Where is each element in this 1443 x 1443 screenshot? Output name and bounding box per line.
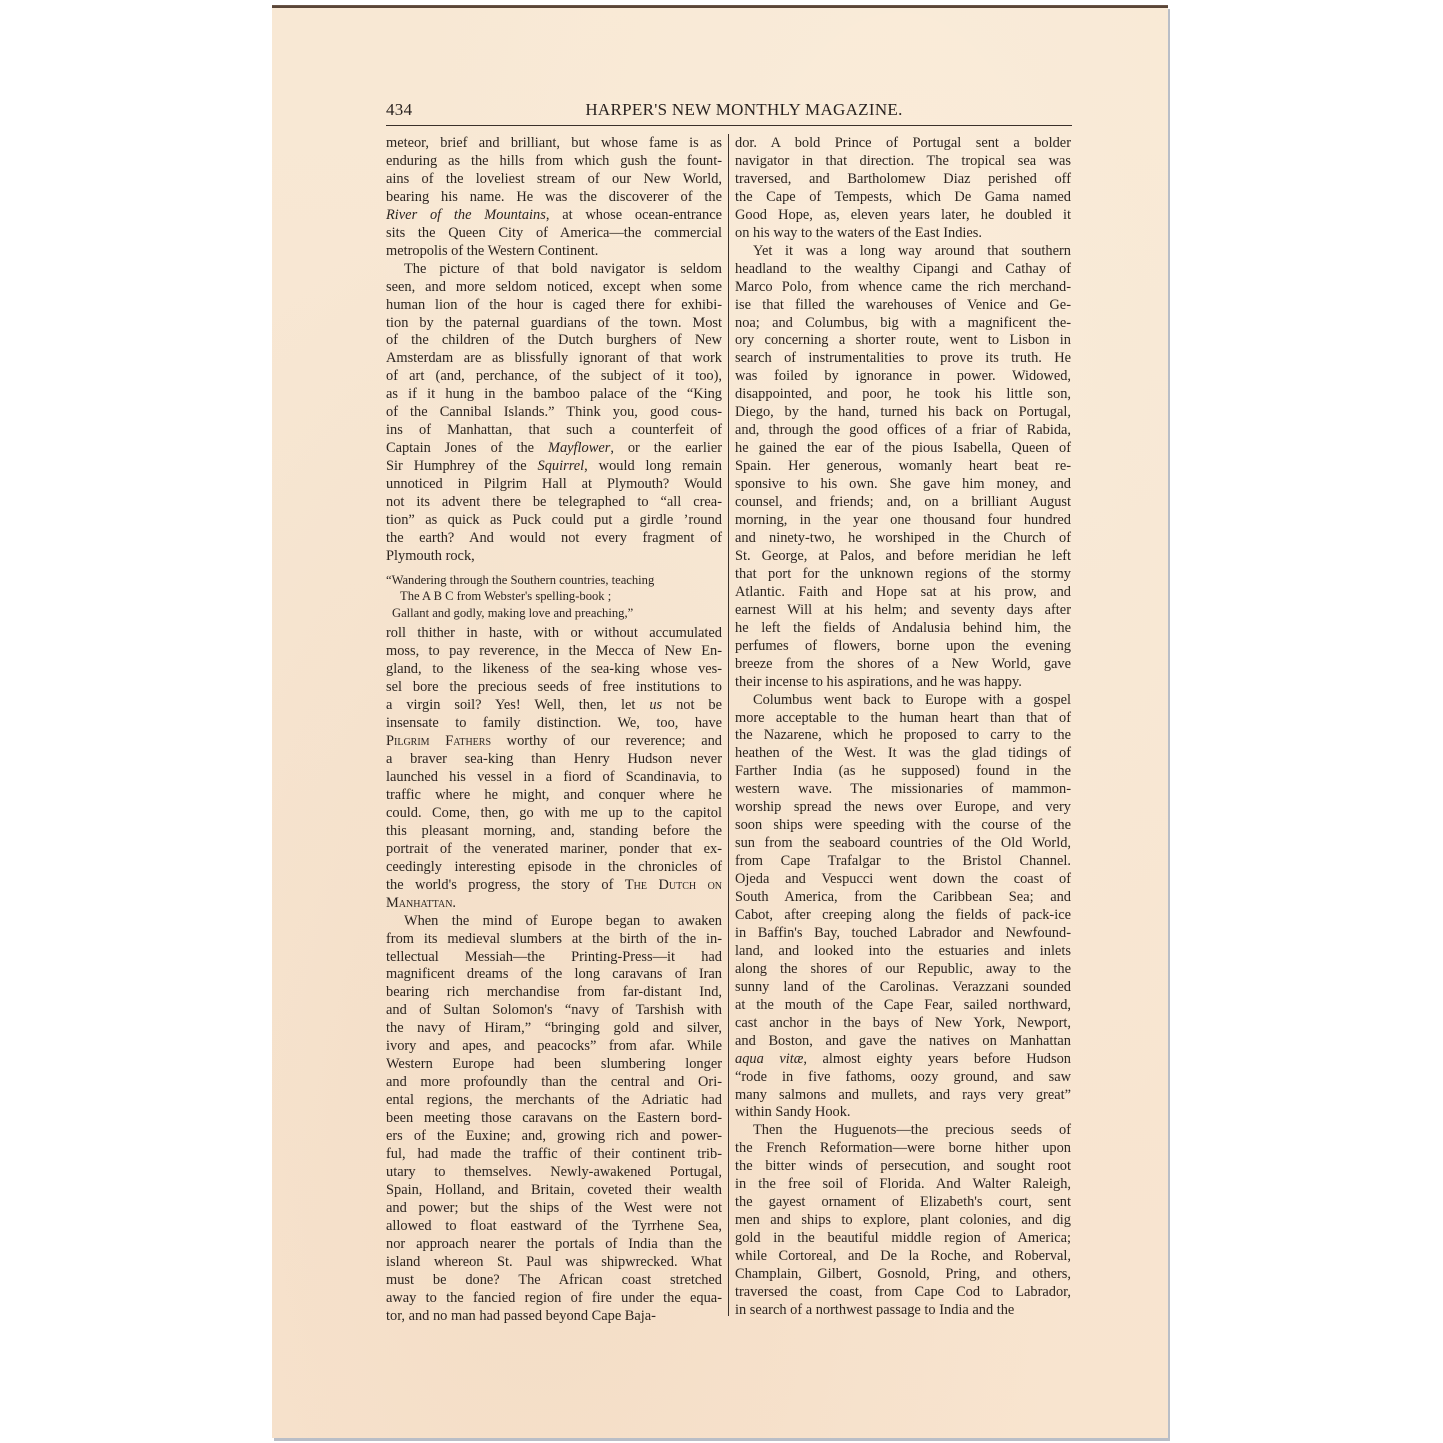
text-line: of the Cannibal Islands.” Think you, goo… — [386, 404, 722, 422]
text-line: meteor, brief and brilliant, but whose f… — [386, 135, 722, 153]
text-line: utary to themselves. Newly-awakened Port… — [386, 1164, 722, 1182]
paragraph: Then the Huguenots—the precious seeds of… — [735, 1122, 1071, 1319]
text-line: from its medieval slumbers at the birth … — [386, 931, 722, 949]
right-column: dor. A bold Prince of Portugal sent a bo… — [735, 135, 1071, 1320]
text-line: Amsterdam are as blissfully ignorant of … — [386, 350, 722, 368]
text-line: tion by the paternal guardians of the to… — [386, 315, 722, 333]
text-line: in search of a northwest passage to Indi… — [735, 1302, 1071, 1320]
text-line: tion” as quick as Puck could put a girdl… — [386, 512, 722, 530]
text-line: could. Come, then, go with me up to the … — [386, 805, 722, 823]
text-line: ory concerning a shorter route, went to … — [735, 332, 1071, 350]
text-line: Champlain, Gilbert, Gosnold, Pring, and … — [735, 1266, 1071, 1284]
paragraph: roll thither in haste, with or without a… — [386, 625, 722, 912]
text-line: enduring as the hills from which gush th… — [386, 153, 722, 171]
text-line: nor approach nearer the portals of India… — [386, 1236, 722, 1254]
verse-line: “Wandering through the Southern countrie… — [386, 572, 722, 589]
text-line: ers of the Euxine; and, growing rich and… — [386, 1128, 722, 1146]
text-line: Columbus went back to Europe with a gosp… — [735, 692, 1071, 710]
text-line: ceedingly interesting episode in the chr… — [386, 859, 722, 877]
text-line: at the mouth of the Cape Fear, sailed no… — [735, 997, 1071, 1015]
text-line: gold in the beautiful middle region of A… — [735, 1230, 1071, 1248]
paragraph: meteor, brief and brilliant, but whose f… — [386, 135, 722, 261]
text-line: counsel, and friends; and, on a brillian… — [735, 494, 1071, 512]
text-line: River of the Mountains, at whose ocean-e… — [386, 207, 722, 225]
text-line: St. George, at Palos, and before meridia… — [735, 548, 1071, 566]
text-line: soon ships were speeding with the course… — [735, 817, 1071, 835]
text-line: he gained the ear of the pious Isabella,… — [735, 440, 1071, 458]
text-line: Diego, by the hand, turned his back on P… — [735, 404, 1071, 422]
text-line: headland to the wealthy Cipangi and Cath… — [735, 261, 1071, 279]
text-line: their incense to his aspirations, and he… — [735, 674, 1071, 692]
text-line: more acceptable to the human heart than … — [735, 710, 1071, 728]
text-line: the gayest ornament of Elizabeth's court… — [735, 1194, 1071, 1212]
text-line: and Boston, and gave the natives on Manh… — [735, 1033, 1071, 1051]
text-line: sun from the seaboard countries of the O… — [735, 835, 1071, 853]
text-line: traffic where he might, and conquer wher… — [386, 787, 722, 805]
text-line: not its advent there be telegraphed to “… — [386, 494, 722, 512]
text-line: Pilgrim Fathers worthy of our reverence;… — [386, 733, 722, 751]
text-line: sunny land of the Carolinas. Verazzani s… — [735, 979, 1071, 997]
text-line: ful, had made the traffic of their conti… — [386, 1146, 722, 1164]
text-line: been meeting those caravans on the Easte… — [386, 1110, 722, 1128]
text-line: bearing his name. He was the discoverer … — [386, 189, 722, 207]
verse-line: The A B C from Webster's spelling-book ; — [386, 588, 722, 605]
text-line: and, through the good offices of a friar… — [735, 422, 1071, 440]
text-line: dor. A bold Prince of Portugal sent a bo… — [735, 135, 1071, 153]
text-line: Captain Jones of the Mayflower, or the e… — [386, 440, 722, 458]
text-line: Good Hope, as, eleven years later, he do… — [735, 207, 1071, 225]
text-line: as if it hung in the bamboo palace of th… — [386, 386, 722, 404]
text-line: noa; and Columbus, big with a magnificen… — [735, 315, 1071, 333]
text-line: a braver sea-king than Henry Hudson neve… — [386, 751, 722, 769]
text-line: earnest Will at his helm; and seventy da… — [735, 602, 1071, 620]
paragraph: The picture of that bold navigator is se… — [386, 261, 722, 566]
text-line: and of Sultan Solomon's “navy of Tarshis… — [386, 1002, 722, 1020]
text-line: Ojeda and Vespucci went down the coast o… — [735, 871, 1071, 889]
text-line: sponsive to his own. She gave him money,… — [735, 476, 1071, 494]
text-line: ivory and apes, and peacocks” from afar.… — [386, 1038, 722, 1056]
column-divider — [728, 134, 729, 1316]
text-line: launched his vessel in a fiord of Scandi… — [386, 769, 722, 787]
text-line: and power; but the ships of the West wer… — [386, 1200, 722, 1218]
text-line: many salmons and mullets, and rays very … — [735, 1087, 1071, 1105]
text-line: bearing rich merchandise from far-distan… — [386, 984, 722, 1002]
text-line: of the children of the Dutch burghers of… — [386, 332, 722, 350]
text-line: Yet it was a long way around that southe… — [735, 243, 1071, 261]
text-line: sits the Queen City of America—the comme… — [386, 225, 722, 243]
text-line: the navy of Hiram,” “bringing gold and s… — [386, 1020, 722, 1038]
text-line: in Baffin's Bay, touched Labrador and Ne… — [735, 925, 1071, 943]
text-line: of art (and, perchance, of the subject o… — [386, 368, 722, 386]
text-line: moss, to pay reverence, in the Mecca of … — [386, 643, 722, 661]
header-rule — [386, 125, 1072, 126]
text-line: was foiled by ignorance in power. Widowe… — [735, 368, 1071, 386]
text-line: cast anchor in the bays of New York, New… — [735, 1015, 1071, 1033]
text-line: navigator in that direction. The tropica… — [735, 153, 1071, 171]
text-line: in the free soil of Florida. And Walter … — [735, 1176, 1071, 1194]
text-line: allowed to float eastward of the Tyrrhen… — [386, 1218, 722, 1236]
text-line: ise that filled the warehouses of Venice… — [735, 297, 1071, 315]
text-line: the bitter winds of persecution, and sou… — [735, 1158, 1071, 1176]
paragraph: When the mind of Europe began to awakenf… — [386, 913, 722, 1326]
text-line: ental regions, the merchants of the Adri… — [386, 1092, 722, 1110]
text-line: the world's progress, the story of The D… — [386, 877, 722, 895]
text-line: men and ships to explore, plant colonies… — [735, 1212, 1071, 1230]
text-line: that port for the unknown regions of the… — [735, 566, 1071, 584]
text-line: Plymouth rock, — [386, 548, 722, 566]
text-line: human lion of the hour is caged there fo… — [386, 297, 722, 315]
text-line: tellectual Messiah—the Printing-Press—it… — [386, 949, 722, 967]
text-line: the French Reformation—were borne hither… — [735, 1140, 1071, 1158]
text-line: Atlantic. Faith and Hope sat at his prow… — [735, 584, 1071, 602]
text-line: unnoticed in Pilgrim Hall at Plymouth? W… — [386, 476, 722, 494]
text-line: sel bore the precious seeds of free inst… — [386, 679, 722, 697]
text-line: along the shores of our Republic, away t… — [735, 961, 1071, 979]
text-line: metropolis of the Western Continent. — [386, 243, 722, 261]
text-line: and ninety-two, he worshiped in the Chur… — [735, 530, 1071, 548]
text-line: Sir Humphrey of the Squirrel, would long… — [386, 458, 722, 476]
text-line: aqua vitæ, almost eighty years before Hu… — [735, 1051, 1071, 1069]
text-line: breeze from the shores of a New World, g… — [735, 656, 1071, 674]
text-line: South America, from the Caribbean Sea; a… — [735, 889, 1071, 907]
text-line: island whereon St. Paul was shipwrecked.… — [386, 1254, 722, 1272]
text-line: Marco Polo, from whence came the rich me… — [735, 279, 1071, 297]
text-line: morning, in the year one thousand four h… — [735, 512, 1071, 530]
text-line: search of instrumentalities to prove its… — [735, 350, 1071, 368]
text-line: seen, and more seldom noticed, except wh… — [386, 279, 722, 297]
text-line: gland, to the likeness of the sea-king w… — [386, 661, 722, 679]
paragraph: dor. A bold Prince of Portugal sent a bo… — [735, 135, 1071, 243]
text-line: must be done? The African coast stretche… — [386, 1272, 722, 1290]
magazine-title: HARPER'S NEW MONTHLY MAGAZINE. — [386, 100, 1072, 120]
verse-line: Gallant and godly, making love and preac… — [386, 605, 722, 622]
text-line: traversed, and Bartholomew Diaz perished… — [735, 171, 1071, 189]
text-line: When the mind of Europe began to awaken — [386, 913, 722, 931]
text-line: traversed the coast, from Cape Cod to La… — [735, 1284, 1071, 1302]
text-line: Spain. Her generous, womanly heart beat … — [735, 458, 1071, 476]
text-line: worship spread the news over Europe, and… — [735, 799, 1071, 817]
text-line: The picture of that bold navigator is se… — [386, 261, 722, 279]
text-line: Spain, Holland, and Britain, coveted the… — [386, 1182, 722, 1200]
text-line: portrait of the venerated mariner, ponde… — [386, 841, 722, 859]
text-line: Farther India (as he supposed) found in … — [735, 763, 1071, 781]
left-column: meteor, brief and brilliant, but whose f… — [386, 135, 722, 1326]
text-line: roll thither in haste, with or without a… — [386, 625, 722, 643]
text-line: a virgin soil? Yes! Well, then, let us n… — [386, 697, 722, 715]
text-line: Manhattan. — [386, 895, 722, 913]
paragraph: Yet it was a long way around that southe… — [735, 243, 1071, 692]
text-line: on his way to the waters of the East Ind… — [735, 225, 1071, 243]
text-line: this pleasant morning, and, standing bef… — [386, 823, 722, 841]
text-line: the Cape of Tempests, which De Gama name… — [735, 189, 1071, 207]
text-line: from Cape Trafalgar to the Bristol Chann… — [735, 853, 1071, 871]
text-line: away to the fancied region of fire under… — [386, 1290, 722, 1308]
text-line: he left the fields of Andalusia behind h… — [735, 620, 1071, 638]
text-line: disappointed, and poor, he took his litt… — [735, 386, 1071, 404]
text-line: and more profoundly than the central and… — [386, 1074, 722, 1092]
text-line: Then the Huguenots—the precious seeds of — [735, 1122, 1071, 1140]
paragraph: Columbus went back to Europe with a gosp… — [735, 692, 1071, 1123]
text-line: western wave. The missionaries of mammon… — [735, 781, 1071, 799]
text-line: Cabot, after creeping along the fields o… — [735, 907, 1071, 925]
text-line: perfumes of flowers, borne upon the even… — [735, 638, 1071, 656]
text-line: within Sandy Hook. — [735, 1104, 1071, 1122]
verse-quotation: “Wandering through the Southern countrie… — [386, 572, 722, 622]
text-line: the Nazarene, which he proposed to carry… — [735, 727, 1071, 745]
text-line: Western Europe had been slumbering longe… — [386, 1056, 722, 1074]
text-line: land, and looked into the estuaries and … — [735, 943, 1071, 961]
text-line: heathen of the West. It was the glad tid… — [735, 745, 1071, 763]
text-line: magnificent dreams of the long caravans … — [386, 966, 722, 984]
text-line: “rode in five fathoms, oozy ground, and … — [735, 1069, 1071, 1087]
text-line: while Cortoreal, and De la Roche, and Ro… — [735, 1248, 1071, 1266]
running-header: 434 HARPER'S NEW MONTHLY MAGAZINE. — [386, 100, 1072, 122]
text-line: ins of Manhattan, that such a counterfei… — [386, 422, 722, 440]
text-line: ains of the loveliest stream of our New … — [386, 171, 722, 189]
text-line: insensate to family distinction. We, too… — [386, 715, 722, 733]
text-line: tor, and no man had passed beyond Cape B… — [386, 1308, 722, 1326]
text-line: the earth? And would not every fragment … — [386, 530, 722, 548]
